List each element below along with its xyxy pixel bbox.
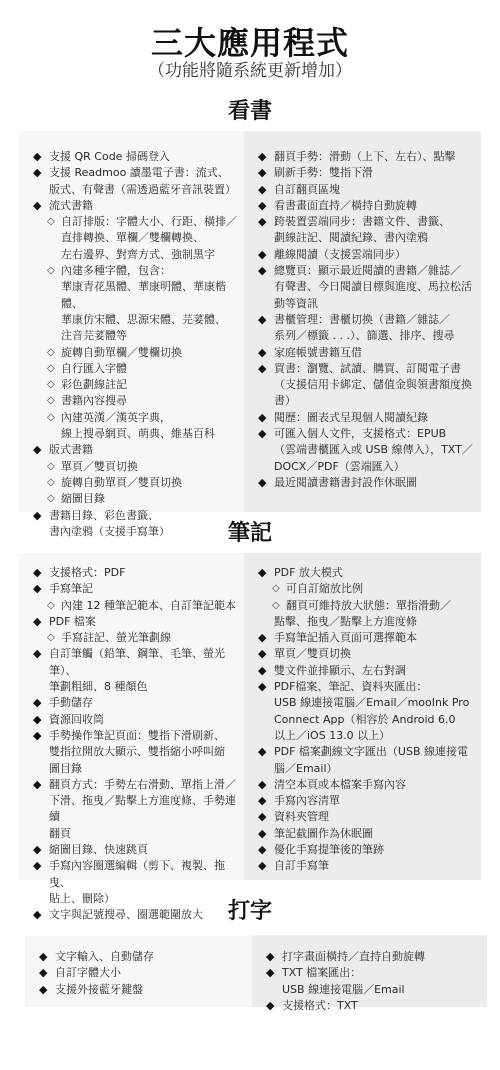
diamond-filled-icon: ◆ — [258, 565, 266, 581]
diamond-filled-icon: ◆ — [33, 614, 41, 630]
feature-item: ◆翻頁手勢：滑動（上下、左右）、點擊 — [258, 149, 481, 165]
feature-text: 打字畫面橫持／直持自動旋轉 — [282, 950, 425, 963]
feature-text: TXT 檔案匯出： — [282, 966, 361, 979]
feature-text: 手寫筆記 — [49, 582, 93, 595]
feature-text: 雙文件並排顯示、左右對調 — [274, 664, 406, 677]
diamond-outline-icon: ◇ — [47, 377, 55, 393]
diamond-filled-icon: ◆ — [258, 646, 266, 662]
diamond-filled-icon: ◆ — [258, 312, 266, 328]
feature-text: 優化手寫提筆後的筆跡 — [274, 843, 384, 856]
feature-subitem: ◇縮圖目錄 — [33, 491, 244, 507]
feature-text: 內建多種字體，包含： — [61, 264, 171, 277]
feature-text: 以上／iOS 13.0 以上） — [274, 729, 390, 742]
feature-continuation: USB 線連接電腦／Email／mooInk Pro — [258, 695, 481, 711]
diamond-filled-icon: ◆ — [33, 565, 41, 581]
feature-text: 直排轉換、單欄／雙欄轉換、 — [61, 231, 204, 244]
feature-text: 腦／Email） — [274, 762, 338, 775]
feature-item: ◆打字畫面橫持／直持自動旋轉 — [266, 949, 487, 965]
feature-text: 動等資訊 — [274, 297, 318, 310]
feature-item: ◆縮圖目錄、快速跳頁 — [33, 842, 244, 858]
feature-item: ◆手寫筆記 — [33, 581, 244, 597]
feature-continuation: 翻頁 — [33, 826, 244, 842]
diamond-outline-icon: ◇ — [47, 214, 55, 230]
feature-continuation: （雲端書櫃匯入或 USB 線傳入），TXT／ — [258, 442, 481, 458]
diamond-filled-icon: ◆ — [258, 149, 266, 165]
reading-left-panel: ◆支援 QR Code 掃碼登入◆支援 Readmoo 讀墨電子書：流式、版式、… — [19, 131, 244, 512]
diamond-filled-icon: ◆ — [33, 646, 41, 662]
feature-text: 圖目錄 — [49, 762, 82, 775]
feature-text: PDF檔案、筆記、資料夾匯出： — [274, 680, 427, 693]
feature-subitem: ◇單頁／雙頁切換 — [33, 459, 244, 475]
diamond-filled-icon: ◆ — [258, 630, 266, 646]
diamond-filled-icon: ◆ — [258, 198, 266, 214]
feature-subitem: ◇可自訂縮放比例 — [258, 581, 481, 597]
feature-subitem: ◇自訂排版：字體大小、行距、橫排／ — [33, 214, 244, 230]
feature-text: 版式、有聲書（需透過藍牙音訊裝置） — [49, 183, 236, 196]
feature-text: 閱歷：圖表式呈現個人閱讀紀錄 — [274, 411, 428, 424]
feature-text: 筆記截圖作為休眠圖 — [274, 827, 373, 840]
diamond-filled-icon: ◆ — [258, 858, 266, 874]
feature-text: PDF 檔案 — [49, 615, 96, 628]
diamond-outline-icon: ◇ — [47, 410, 55, 426]
section-title-reading: 看書 — [0, 98, 500, 126]
feature-text: 自訂翻頁區塊 — [274, 183, 340, 196]
section-title-notes: 筆記 — [0, 520, 500, 548]
feature-item: ◆自訂翻頁區塊 — [258, 182, 481, 198]
feature-continuation: 華康青花黑體、華康明體、華康楷體、 — [33, 279, 244, 312]
feature-item: ◆支援外接藍牙鍵盤 — [39, 982, 252, 998]
diamond-filled-icon: ◆ — [258, 345, 266, 361]
feature-subitem: ◇彩色劃線註記 — [33, 377, 244, 393]
diamond-filled-icon: ◆ — [258, 744, 266, 760]
feature-subitem: ◇自行匯入字體 — [33, 361, 244, 377]
feature-text: 最近閱讀書籍書封設作休眠圖 — [274, 476, 417, 489]
feature-text: PDF 檔案劃線文字匯出（USB 線連接電 — [274, 745, 468, 758]
feature-subitem: ◇手寫註記、螢光筆劃線 — [33, 630, 244, 646]
diamond-filled-icon: ◆ — [258, 247, 266, 263]
diamond-filled-icon: ◆ — [33, 728, 41, 744]
diamond-outline-icon: ◇ — [47, 475, 55, 491]
feature-item: ◆資源回收筒 — [33, 712, 244, 728]
feature-continuation: Connect App（相容於 Android 6.0 — [258, 712, 481, 728]
feature-subitem: ◇旋轉自動單頁／雙頁切換 — [33, 475, 244, 491]
diamond-filled-icon: ◆ — [258, 426, 266, 442]
feature-item: ◆TXT 檔案匯出： — [266, 965, 487, 981]
feature-text: 自訂排版：字體大小、行距、橫排／ — [61, 215, 237, 228]
feature-text: 旋轉自動單欄／雙欄切換 — [61, 346, 182, 359]
feature-text: 書櫃管理：書櫃切換（書籍／雜誌／ — [274, 313, 450, 326]
feature-text: 有聲書、今日閱讀目標與進度、馬拉松活 — [274, 280, 472, 293]
feature-item: ◆書櫃管理：書櫃切換（書籍／雜誌／ — [258, 312, 481, 328]
typing-left-panel: ◆文字輸入、自動儲存◆自訂字體大小◆支援外接藍牙鍵盤 — [25, 935, 252, 1007]
feature-text: 系列／標籤 . . .）、篩選、排序、搜尋 — [274, 329, 454, 342]
page-subtitle: （功能將隨系統更新增加） — [0, 60, 500, 82]
feature-subitem: ◇內建 12 種筆記範本、自訂筆記範本 — [33, 598, 244, 614]
feature-item: ◆支援 QR Code 掃碼登入 — [33, 149, 244, 165]
feature-continuation: 筆劃粗細、8 種顏色 — [33, 679, 244, 695]
diamond-filled-icon: ◆ — [258, 793, 266, 809]
diamond-filled-icon: ◆ — [258, 410, 266, 426]
feature-text: PDF 放大模式 — [274, 566, 343, 579]
diamond-outline-icon: ◇ — [272, 581, 280, 597]
feature-subitem: ◇內建英漢／漢英字典， — [33, 410, 244, 426]
feature-item: ◆支援格式：PDF — [33, 565, 244, 581]
feature-item: ◆手寫內容清單 — [258, 793, 481, 809]
diamond-filled-icon: ◆ — [258, 182, 266, 198]
feature-item: ◆看書畫面直持／橫持自動旋轉 — [258, 198, 481, 214]
feature-text: 資源回收筒 — [49, 713, 104, 726]
diamond-filled-icon: ◆ — [258, 263, 266, 279]
feature-item: ◆自訂筆觸（鉛筆、鋼筆、毛筆、螢光筆）、 — [33, 646, 244, 679]
feature-item: ◆手動儲存 — [33, 695, 244, 711]
diamond-outline-icon: ◇ — [272, 598, 280, 614]
diamond-filled-icon: ◆ — [258, 809, 266, 825]
feature-item: ◆PDF 檔案 — [33, 614, 244, 630]
feature-text: 手勢操作筆記頁面：雙指下滑刷新、 — [49, 729, 225, 742]
notes-left-panel: ◆支援格式：PDF◆手寫筆記◇內建 12 種筆記範本、自訂筆記範本◆PDF 檔案… — [19, 553, 244, 880]
feature-text: 文字輸入、自動儲存 — [55, 950, 154, 963]
feature-text: 自訂筆觸（鉛筆、鋼筆、毛筆、螢光筆）、 — [49, 647, 225, 676]
feature-continuation: 華康仿宋體、思源宋體、芫荽體、 — [33, 312, 244, 328]
diamond-filled-icon: ◆ — [266, 965, 274, 981]
feature-item: ◆最近閱讀書籍書封設作休眠圖 — [258, 475, 481, 491]
feature-continuation: 動等資訊 — [258, 296, 481, 312]
feature-continuation: USB 線連接電腦／Email — [266, 982, 487, 998]
feature-continuation: 點擊、拖曳／點擊上方進度條 — [258, 614, 481, 630]
feature-continuation: 版式、有聲書（需透過藍牙音訊裝置） — [33, 182, 244, 198]
feature-continuation: 直排轉換、單欄／雙欄轉換、 — [33, 230, 244, 246]
diamond-filled-icon: ◆ — [39, 949, 47, 965]
feature-text: 支援 QR Code 掃碼登入 — [49, 150, 170, 163]
feature-subitem: ◇書籍內容搜尋 — [33, 393, 244, 409]
feature-text: 翻頁手勢：滑動（上下、左右）、點擊 — [274, 150, 456, 163]
feature-continuation: 注音芫荽體等 — [33, 328, 244, 344]
feature-text: 自訂字體大小 — [55, 966, 121, 979]
diamond-outline-icon: ◇ — [47, 459, 55, 475]
feature-text: 支援外接藍牙鍵盤 — [55, 983, 143, 996]
feature-text: 資料夾管理 — [274, 810, 329, 823]
feature-text: 版式書籍 — [49, 443, 93, 456]
feature-text: 可匯入個人文件，支援格式：EPUB — [274, 427, 446, 440]
feature-continuation: 左右邊界、對齊方式、強制黑字 — [33, 247, 244, 263]
feature-item: ◆清空本頁或本檔案手寫內容 — [258, 777, 481, 793]
diamond-filled-icon: ◆ — [33, 149, 41, 165]
feature-text: 單頁／雙頁切換 — [274, 647, 351, 660]
diamond-outline-icon: ◇ — [47, 491, 55, 507]
feature-item: ◆文字輸入、自動儲存 — [39, 949, 252, 965]
feature-text: 刷新手勢：雙指下滑 — [274, 166, 373, 179]
feature-text: USB 線連接電腦／Email — [282, 983, 405, 996]
feature-text: 自訂手寫筆 — [274, 859, 329, 872]
feature-text: DOCX／PDF（雲端匯入） — [274, 460, 405, 473]
feature-item: ◆買書：瀏覽、試讀、購買、訂閱電子書 — [258, 361, 481, 377]
feature-continuation: （支援信用卡綁定、儲值金與領書額度換 — [258, 377, 481, 393]
feature-item: ◆手勢操作筆記頁面：雙指下滑刷新、 — [33, 728, 244, 744]
diamond-filled-icon: ◆ — [33, 581, 41, 597]
feature-item: ◆單頁／雙頁切換 — [258, 646, 481, 662]
feature-text: 家庭帳號書籍互借 — [274, 346, 362, 359]
feature-item: ◆手寫筆記插入頁面可選擇範本 — [258, 630, 481, 646]
diamond-filled-icon: ◆ — [39, 965, 47, 981]
feature-continuation: 有聲書、今日閱讀目標與進度、馬拉松活 — [258, 279, 481, 295]
feature-text: 支援格式：PDF — [49, 566, 125, 579]
feature-continuation: 腦／Email） — [258, 761, 481, 777]
feature-text: 書籍內容搜尋 — [61, 394, 127, 407]
feature-text: 清空本頁或本檔案手寫內容 — [274, 778, 406, 791]
feature-text: 彩色劃線註記 — [61, 378, 127, 391]
feature-text: 左右邊界、對齊方式、強制黑字 — [61, 248, 215, 261]
diamond-filled-icon: ◆ — [33, 442, 41, 458]
diamond-filled-icon: ◆ — [266, 949, 274, 965]
diamond-filled-icon: ◆ — [258, 475, 266, 491]
feature-item: ◆支援 Readmoo 讀墨電子書：流式、 — [33, 165, 244, 181]
feature-continuation: 圖目錄 — [33, 761, 244, 777]
feature-text: 點擊、拖曳／點擊上方進度條 — [274, 615, 417, 628]
feature-continuation: DOCX／PDF（雲端匯入） — [258, 459, 481, 475]
diamond-filled-icon: ◆ — [258, 663, 266, 679]
feature-text: 流式書籍 — [49, 199, 93, 212]
feature-item: ◆PDF檔案、筆記、資料夾匯出： — [258, 679, 481, 695]
diamond-filled-icon: ◆ — [258, 214, 266, 230]
diamond-filled-icon: ◆ — [33, 695, 41, 711]
feature-item: ◆手寫內容圈選編輯（剪下、複製、拖曳、 — [33, 858, 244, 891]
feature-continuation: 書） — [258, 393, 481, 409]
feature-text: Connect App（相容於 Android 6.0 — [274, 713, 455, 726]
diamond-filled-icon: ◆ — [258, 361, 266, 377]
feature-text: 單頁／雙頁切換 — [61, 460, 138, 473]
feature-item: ◆資料夾管理 — [258, 809, 481, 825]
feature-text: 跨裝置雲端同步：書籍文件、書籤、 — [274, 215, 450, 228]
section-title-typing: 打字 — [0, 898, 500, 926]
feature-item: ◆可匯入個人文件，支援格式：EPUB — [258, 426, 481, 442]
diamond-outline-icon: ◇ — [47, 598, 55, 614]
feature-text: 雙指拉開放大顯示、雙指縮小呼叫縮 — [49, 745, 225, 758]
feature-item: ◆閱歷：圖表式呈現個人閱讀紀錄 — [258, 410, 481, 426]
diamond-filled-icon: ◆ — [33, 165, 41, 181]
feature-item: ◆優化手寫提筆後的筆跡 — [258, 842, 481, 858]
feature-text: 手寫筆記插入頁面可選擇範本 — [274, 631, 417, 644]
feature-text: 翻頁可維持放大狀態：單指滑動／ — [286, 599, 451, 612]
typing-right-panel: ◆打字畫面橫持／直持自動旋轉◆TXT 檔案匯出：USB 線連接電腦／Email◆… — [252, 935, 487, 1007]
diamond-filled-icon: ◆ — [258, 826, 266, 842]
feature-text: 內建英漢／漢英字典， — [61, 411, 171, 424]
feature-text: 華康青花黑體、華康明體、華康楷體、 — [61, 280, 226, 309]
feature-text: 劃線註記、閱讀紀錄、書內塗鴉 — [274, 231, 428, 244]
diamond-filled-icon: ◆ — [33, 842, 41, 858]
diamond-filled-icon: ◆ — [258, 165, 266, 181]
feature-text: 筆劃粗細、8 種顏色 — [49, 680, 148, 693]
diamond-filled-icon: ◆ — [258, 842, 266, 858]
feature-text: 縮圖目錄 — [61, 492, 105, 505]
feature-text: 看書畫面直持／橫持自動旋轉 — [274, 199, 417, 212]
notes-right-panel: ◆PDF 放大模式◇可自訂縮放比例◇翻頁可維持放大狀態：單指滑動／點擊、拖曳／點… — [244, 553, 481, 880]
feature-text: 下滑、拖曳／點擊上方進度條、手勢連續 — [49, 794, 236, 823]
feature-continuation: 線上搜尋網頁、萌典、維基百科 — [33, 426, 244, 442]
feature-continuation: 雙指拉開放大顯示、雙指縮小呼叫縮 — [33, 744, 244, 760]
diamond-outline-icon: ◇ — [47, 393, 55, 409]
diamond-filled-icon: ◆ — [33, 777, 41, 793]
feature-item: ◆版式書籍 — [33, 442, 244, 458]
feature-continuation: 下滑、拖曳／點擊上方進度條、手勢連續 — [33, 793, 244, 826]
diamond-filled-icon: ◆ — [258, 679, 266, 695]
feature-text: 總覽頁：顯示最近閱讀的書籍／雜誌／ — [274, 264, 461, 277]
reading-right-panel: ◆翻頁手勢：滑動（上下、左右）、點擊◆刷新手勢：雙指下滑◆自訂翻頁區塊◆看書畫面… — [244, 131, 481, 512]
feature-text: 內建 12 種筆記範本、自訂筆記範本 — [61, 599, 236, 612]
feature-item: ◆離線閱讀（支援雲端同步） — [258, 247, 481, 263]
diamond-filled-icon: ◆ — [39, 982, 47, 998]
feature-continuation: 系列／標籤 . . .）、篩選、排序、搜尋 — [258, 328, 481, 344]
feature-text: 買書：瀏覽、試讀、購買、訂閱電子書 — [274, 362, 461, 375]
feature-item: ◆雙文件並排顯示、左右對調 — [258, 663, 481, 679]
feature-text: 翻頁 — [49, 827, 71, 840]
feature-continuation: 以上／iOS 13.0 以上） — [258, 728, 481, 744]
feature-text: 旋轉自動單頁／雙頁切換 — [61, 476, 182, 489]
feature-text: USB 線連接電腦／Email／mooInk Pro — [274, 696, 469, 709]
feature-item: ◆自訂手寫筆 — [258, 858, 481, 874]
feature-text: 翻頁方式：手勢左右滑動、單指上滑／ — [49, 778, 236, 791]
diamond-outline-icon: ◇ — [47, 361, 55, 377]
diamond-filled-icon: ◆ — [33, 858, 41, 874]
feature-item: ◆流式書籍 — [33, 198, 244, 214]
feature-item: ◆筆記截圖作為休眠圖 — [258, 826, 481, 842]
feature-item: ◆支援格式：TXT — [266, 998, 487, 1014]
feature-text: 華康仿宋體、思源宋體、芫荽體、 — [61, 313, 226, 326]
feature-subitem: ◇內建多種字體，包含： — [33, 263, 244, 279]
feature-text: 手寫內容清單 — [274, 794, 340, 807]
feature-item: ◆跨裝置雲端同步：書籍文件、書籤、 — [258, 214, 481, 230]
feature-subitem: ◇旋轉自動單欄／雙欄切換 — [33, 345, 244, 361]
feature-item: ◆家庭帳號書籍互借 — [258, 345, 481, 361]
diamond-filled-icon: ◆ — [33, 712, 41, 728]
feature-item: ◆自訂字體大小 — [39, 965, 252, 981]
feature-text: （支援信用卡綁定、儲值金與領書額度換 — [274, 378, 472, 391]
feature-item: ◆刷新手勢：雙指下滑 — [258, 165, 481, 181]
feature-text: 支援 Readmoo 讀墨電子書：流式、 — [49, 166, 229, 179]
feature-text: 手寫內容圈選編輯（剪下、複製、拖曳、 — [49, 859, 225, 888]
diamond-filled-icon: ◆ — [258, 777, 266, 793]
feature-text: 支援格式：TXT — [282, 999, 358, 1012]
feature-text: 自行匯入字體 — [61, 362, 127, 375]
feature-text: 書） — [274, 394, 296, 407]
feature-item: ◆PDF 檔案劃線文字匯出（USB 線連接電 — [258, 744, 481, 760]
feature-continuation: 劃線註記、閱讀紀錄、書內塗鴉 — [258, 230, 481, 246]
feature-item: ◆PDF 放大模式 — [258, 565, 481, 581]
page-title: 三大應用程式 — [0, 24, 500, 62]
feature-text: 注音芫荽體等 — [61, 329, 127, 342]
feature-text: 手動儲存 — [49, 696, 93, 709]
feature-subitem: ◇翻頁可維持放大狀態：單指滑動／ — [258, 598, 481, 614]
feature-text: 可自訂縮放比例 — [286, 582, 363, 595]
feature-item: ◆翻頁方式：手勢左右滑動、單指上滑／ — [33, 777, 244, 793]
feature-text: （雲端書櫃匯入或 USB 線傳入），TXT／ — [274, 443, 473, 456]
feature-text: 離線閱讀（支援雲端同步） — [274, 248, 406, 261]
diamond-filled-icon: ◆ — [266, 998, 274, 1014]
diamond-outline-icon: ◇ — [47, 630, 55, 646]
feature-text: 線上搜尋網頁、萌典、維基百科 — [61, 427, 215, 440]
feature-text: 縮圖目錄、快速跳頁 — [49, 843, 148, 856]
diamond-filled-icon: ◆ — [33, 198, 41, 214]
diamond-outline-icon: ◇ — [47, 345, 55, 361]
feature-item: ◆總覽頁：顯示最近閱讀的書籍／雜誌／ — [258, 263, 481, 279]
diamond-outline-icon: ◇ — [47, 263, 55, 279]
feature-text: 手寫註記、螢光筆劃線 — [61, 631, 171, 644]
